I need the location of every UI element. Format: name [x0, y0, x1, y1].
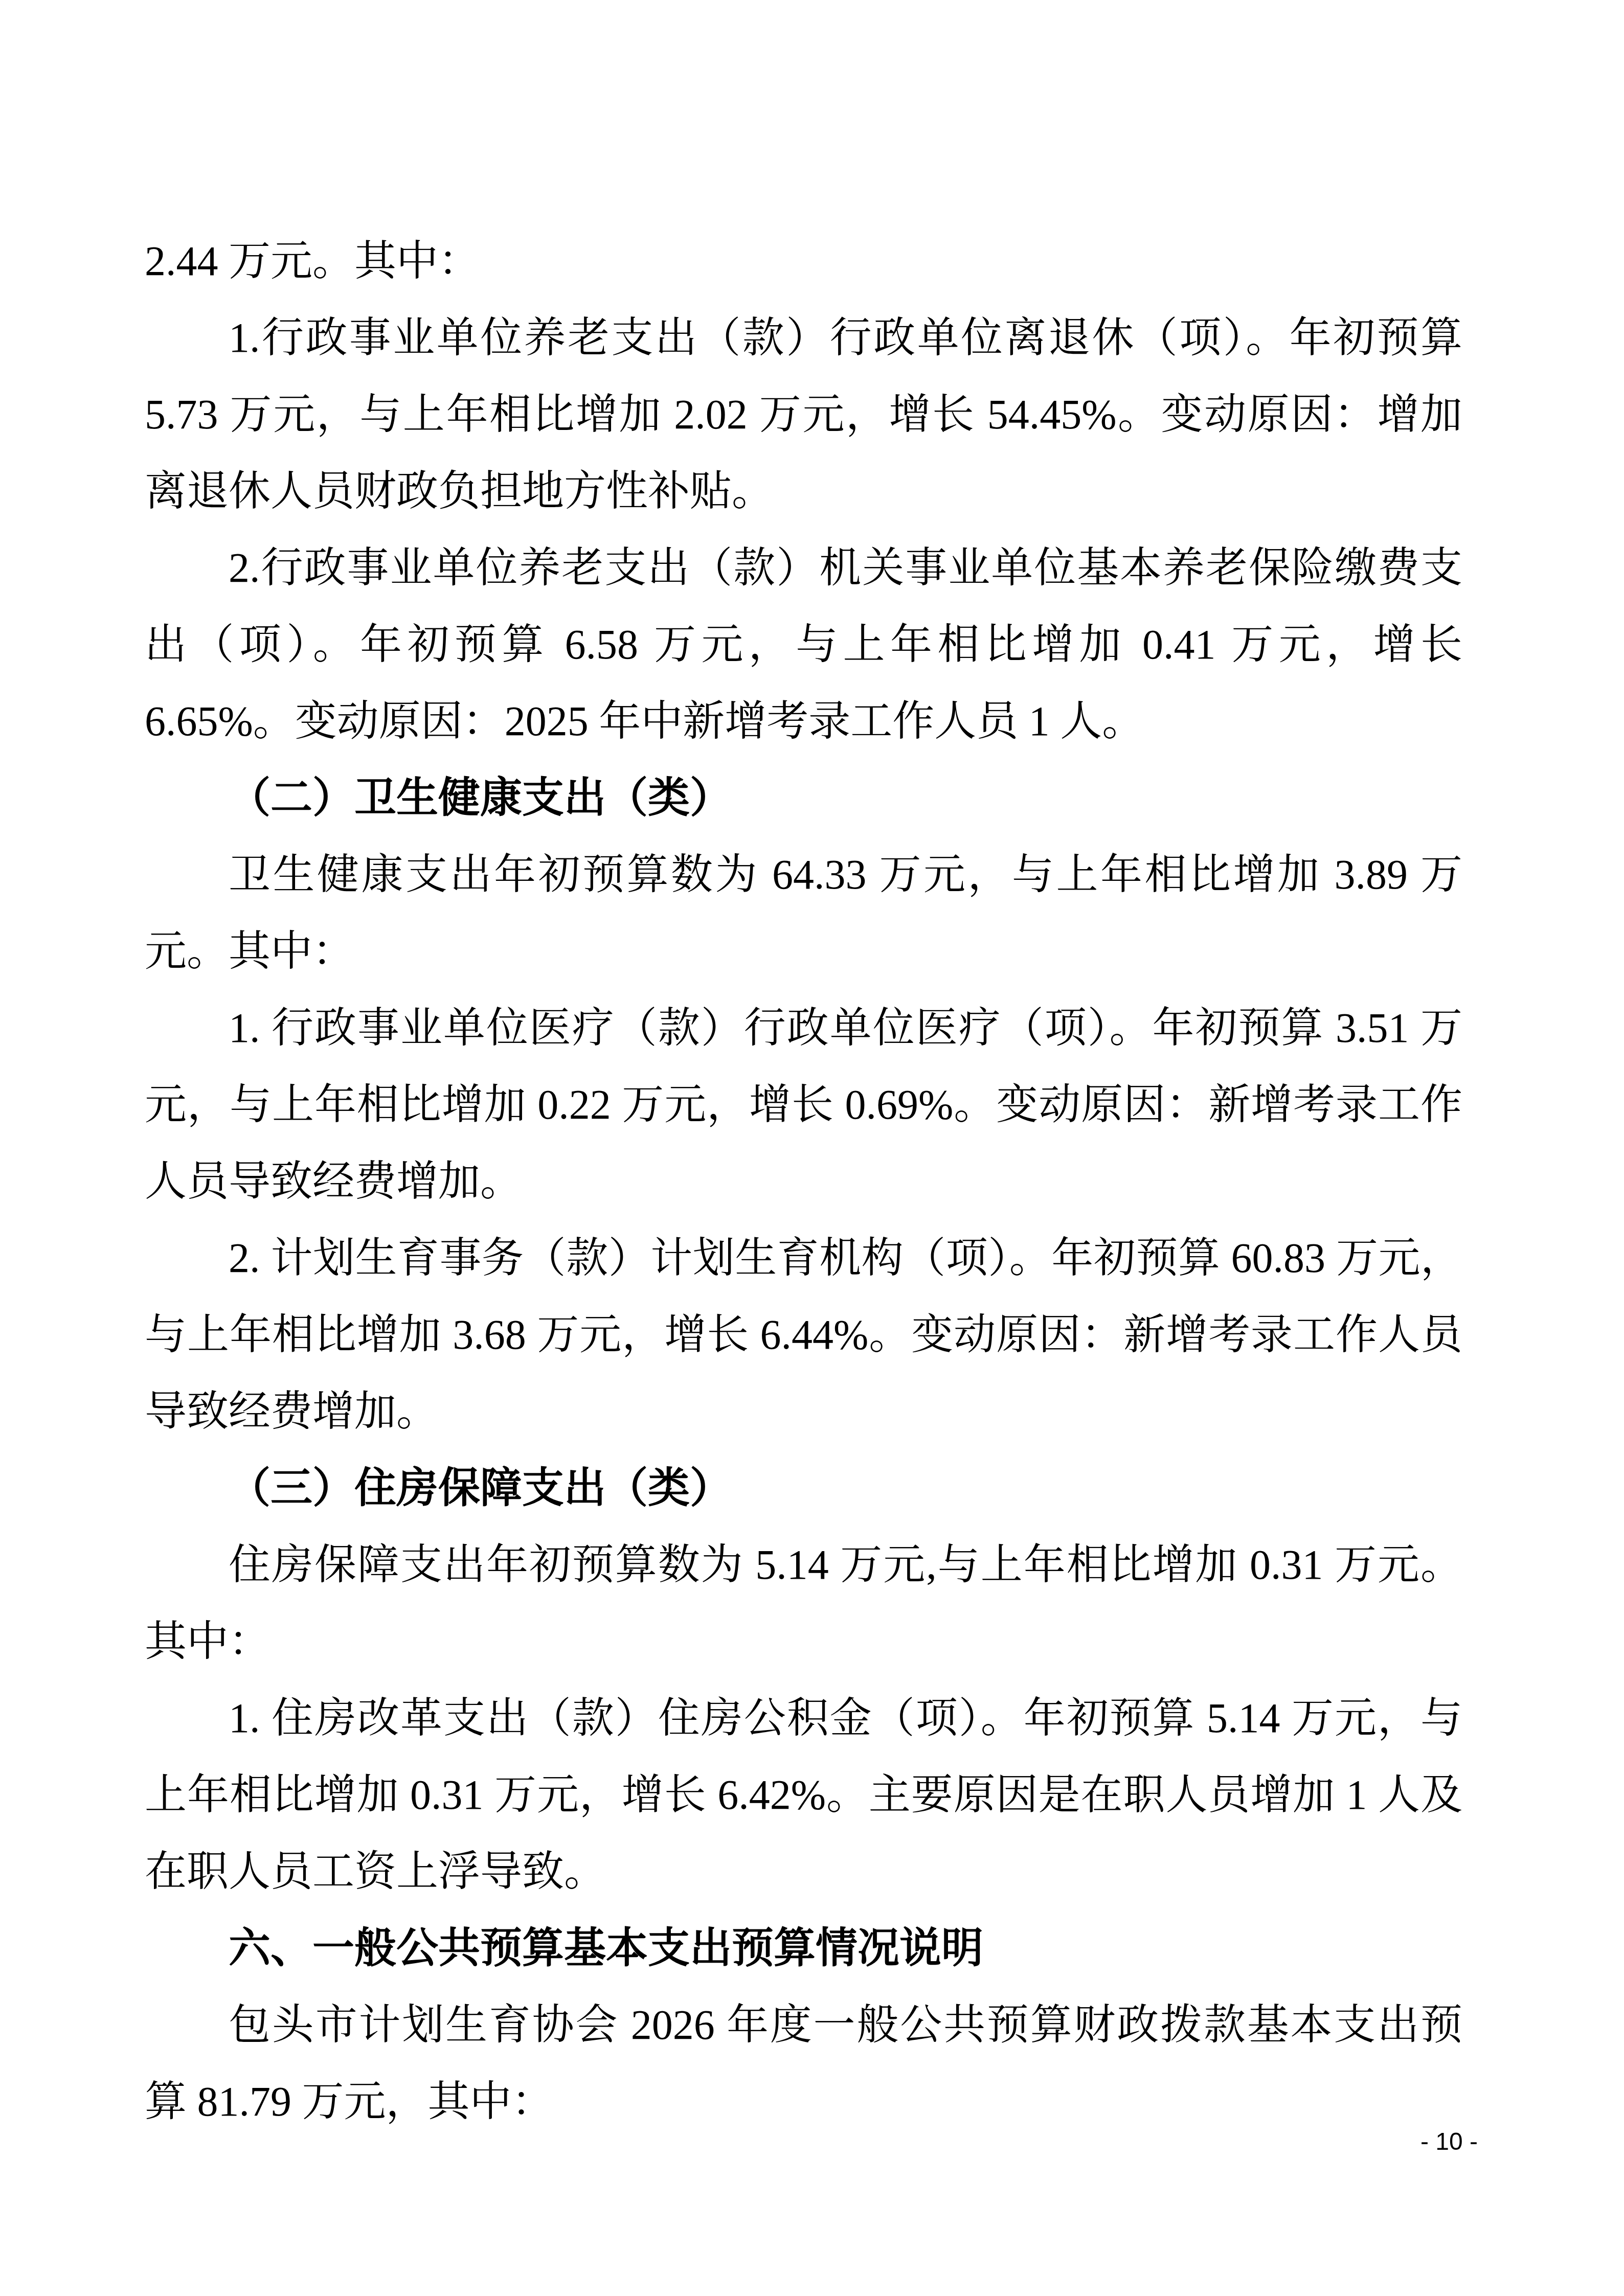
heading-housing-expenditure: （三）住房保障支出（类）: [145, 1450, 1462, 1527]
para-basic-expenditure-summary: 包头市计划生育协会 2026 年度一般公共预算财政拨款基本支出预算 81.79 …: [145, 1987, 1462, 2140]
para-health-summary: 卫生健康支出年初预算数为 64.33 万元，与上年相比增加 3.89 万元。其中…: [145, 836, 1462, 990]
heading-basic-expenditure-section: 六、一般公共预算基本支出预算情况说明: [145, 1910, 1462, 1987]
para-pension-insurance: 2.行政事业单位养老支出（款）机关事业单位基本养老保险缴费支出（项）。年初预算 …: [145, 530, 1462, 760]
para-housing-fund: 1. 住房改革支出（款）住房公积金（项）。年初预算 5.14 万元，与上年相比增…: [145, 1680, 1462, 1910]
document-page: 2.44 万元。其中： 1.行政事业单位养老支出（款）行政单位离退休（项）。年初…: [0, 0, 1624, 2296]
para-pension-retirees: 1.行政事业单位养老支出（款）行政单位离退休（项）。年初预算 5.73 万元，与…: [145, 300, 1462, 530]
para-medical-admin: 1. 行政事业单位医疗（款）行政单位医疗（项）。年初预算 3.51 万元，与上年…: [145, 990, 1462, 1220]
heading-health-expenditure: （二）卫生健康支出（类）: [145, 760, 1462, 836]
para-family-planning-agency: 2. 计划生育事务（款）计划生育机构（项）。年初预算 60.83 万元，与上年相…: [145, 1220, 1462, 1450]
document-body: 2.44 万元。其中： 1.行政事业单位养老支出（款）行政单位离退休（项）。年初…: [145, 223, 1462, 2140]
para-carryover-amount: 2.44 万元。其中：: [145, 223, 1462, 300]
page-number: - 10 -: [1420, 2128, 1478, 2156]
para-housing-summary: 住房保障支出年初预算数为 5.14 万元,与上年相比增加 0.31 万元。其中：: [145, 1527, 1462, 1680]
